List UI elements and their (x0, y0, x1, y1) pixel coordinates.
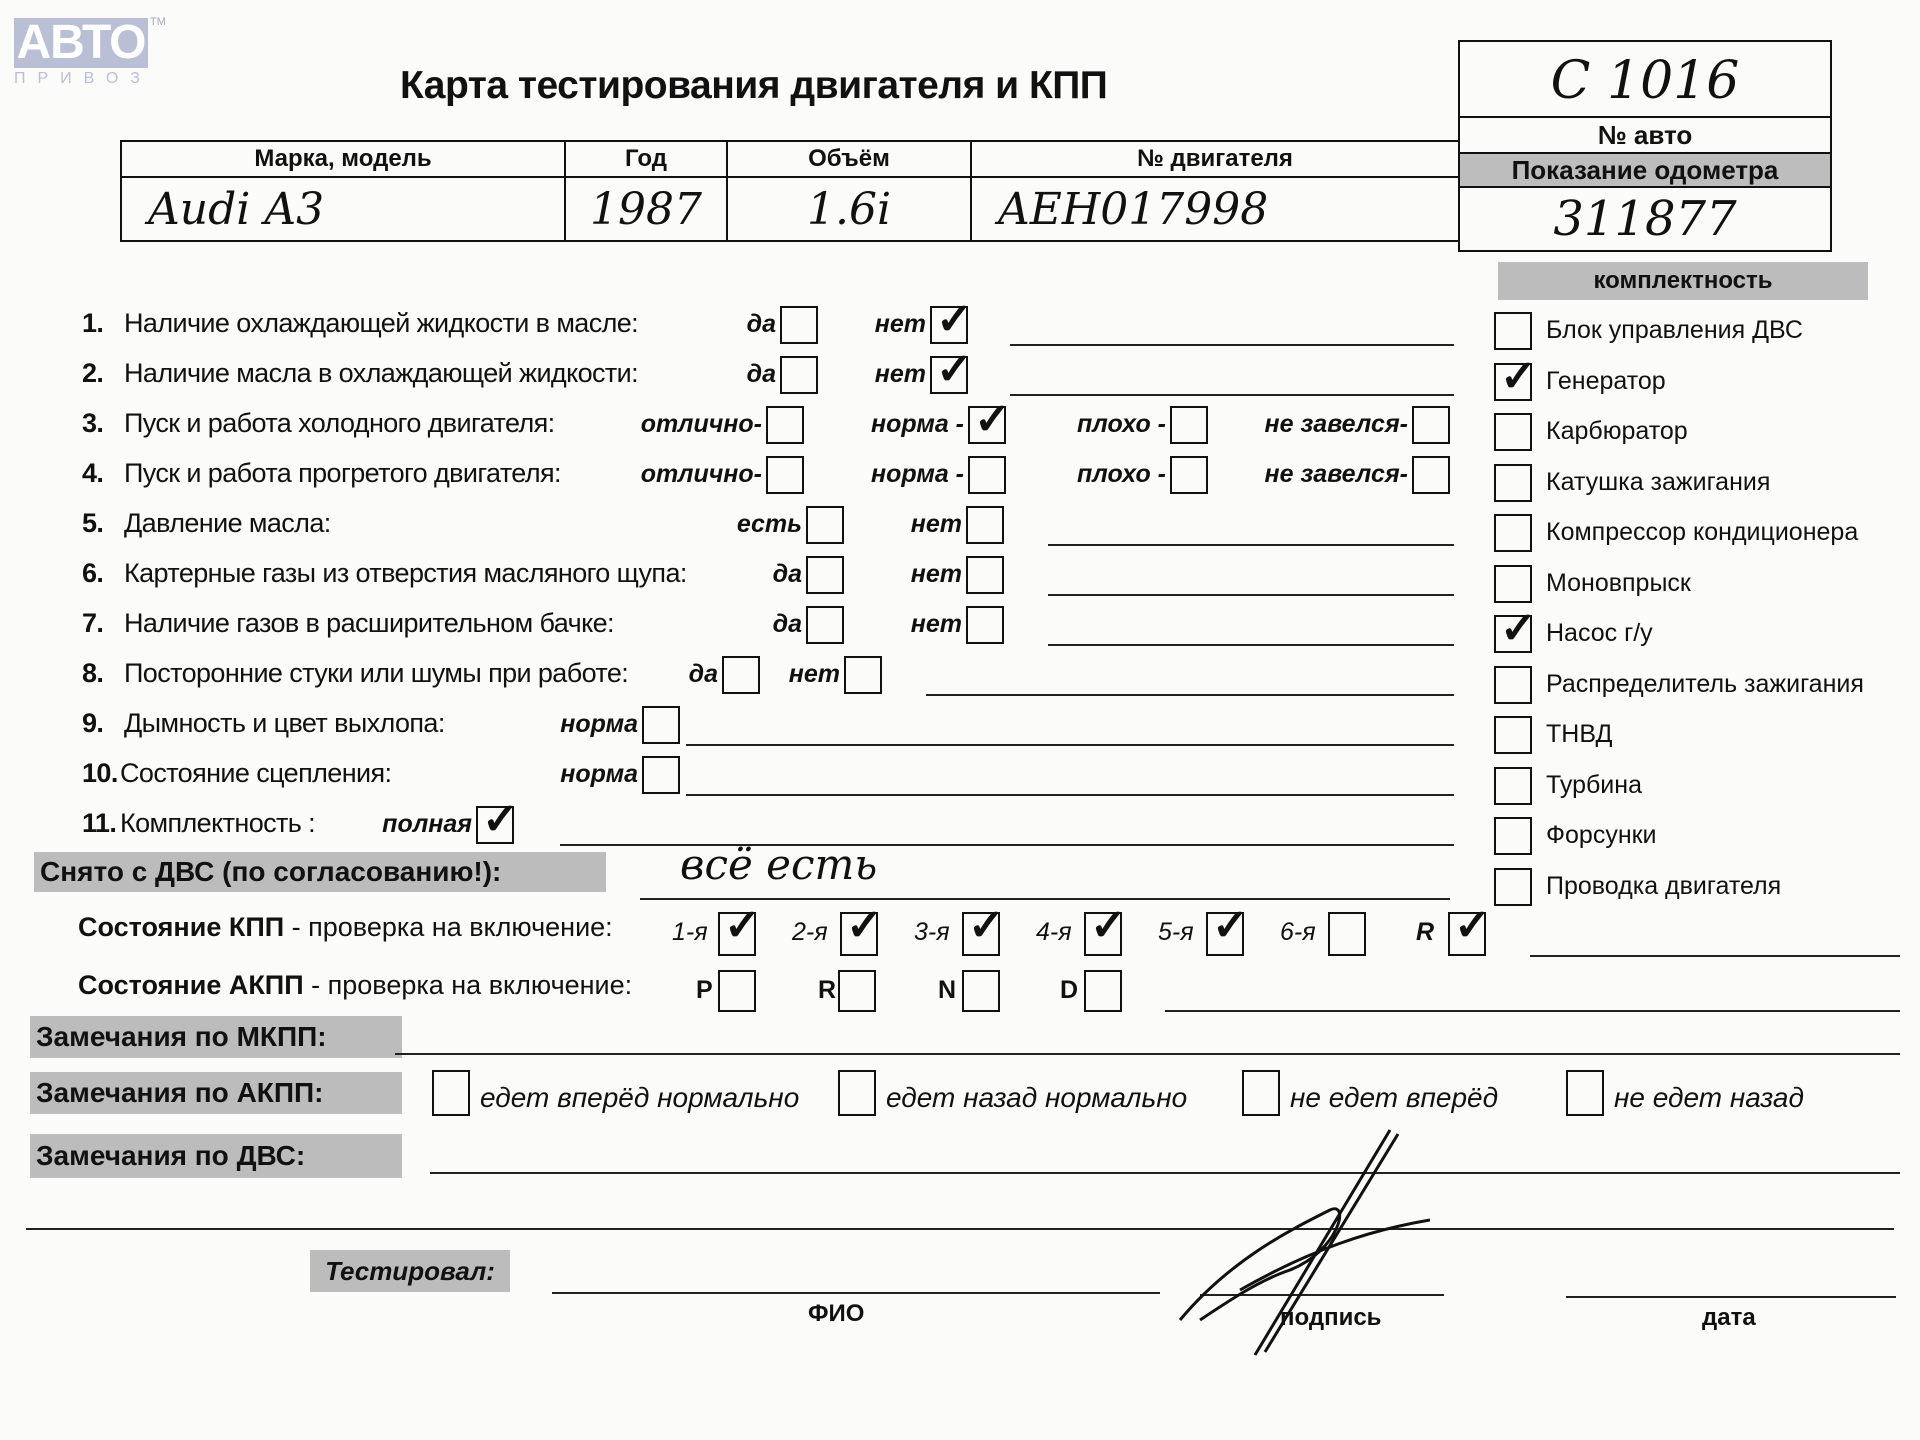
odometer-label: Показание одометра (1460, 154, 1830, 188)
gear-label: 6-я (1280, 918, 1316, 947)
komplektnost-item-label: Блок управления ДВС (1546, 316, 1803, 345)
removed-value[interactable]: всё есть (680, 840, 877, 889)
option-checkbox[interactable] (930, 306, 968, 344)
col-volume: Объём (727, 141, 971, 177)
option-label: норма - (862, 410, 964, 439)
gear-checkbox[interactable] (1328, 912, 1366, 956)
option-checkbox[interactable] (476, 806, 514, 844)
option-checkbox[interactable] (1412, 406, 1450, 444)
option-label: отлично- (636, 410, 762, 439)
option-checkbox[interactable] (806, 556, 844, 594)
option-label: нет (780, 660, 840, 689)
gear-checkbox[interactable] (1084, 912, 1122, 956)
akpp-remark-checkbox[interactable] (838, 1070, 876, 1116)
signature-scribble (1170, 1120, 1430, 1370)
fio-label: ФИО (808, 1300, 864, 1328)
removed-label: Снято с ДВС (по согласованию!): (34, 852, 606, 892)
akpp-position-checkbox[interactable] (838, 970, 876, 1012)
option-label: отлично- (636, 460, 762, 489)
option-label: есть (728, 510, 802, 539)
question-text: Пуск и работа холодного двигателя: (124, 408, 555, 439)
option-label: не завелся- (1260, 460, 1408, 489)
gear-label: 2-я (792, 918, 828, 947)
akpp-remark-label: едет вперёд нормально (480, 1082, 799, 1114)
komplektnost-item-label: Компрессор кондиционера (1546, 518, 1858, 547)
option-label: норма - (862, 460, 964, 489)
col-make-model: Марка, модель (121, 141, 565, 177)
komplektnost-item-label: Форсунки (1546, 821, 1657, 850)
option-checkbox[interactable] (1412, 456, 1450, 494)
gear-label: 1-я (672, 918, 708, 947)
akpp-remark-checkbox[interactable] (432, 1070, 470, 1116)
kpp-line (1530, 955, 1900, 957)
question-number: 11. (82, 808, 116, 839)
question-text: Дымность и цвет выхлопа: (124, 708, 445, 739)
komplektnost-checkbox[interactable] (1494, 666, 1532, 704)
remarks-mkpp-line[interactable] (395, 1053, 1900, 1055)
komplektnost-item-label: ТНВД (1546, 720, 1612, 749)
komplektnost-item-label: Моновпрыск (1546, 569, 1691, 598)
remarks-akpp-label: Замечания по АКПП: (30, 1072, 402, 1114)
komplektnost-item-label: Карбюратор (1546, 417, 1688, 446)
question-number: 8. (82, 658, 103, 689)
komplektnost-checkbox[interactable] (1494, 615, 1532, 653)
logo-trademark: TM (150, 16, 166, 28)
komplektnost-checkbox[interactable] (1494, 413, 1532, 451)
komplektnost-item-label: Катушка зажигания (1546, 468, 1770, 497)
option-checkbox[interactable] (806, 606, 844, 644)
option-checkbox[interactable] (930, 356, 968, 394)
option-checkbox[interactable] (722, 656, 760, 694)
option-label: плохо - (1072, 410, 1166, 439)
gear-label: 4-я (1036, 918, 1072, 947)
odometer-value[interactable]: 311877 (1460, 188, 1830, 250)
komplektnost-checkbox[interactable] (1494, 767, 1532, 805)
akpp-remark-checkbox[interactable] (1242, 1070, 1280, 1116)
komplektnost-item-label: Распределитель зажигания (1546, 670, 1864, 699)
option-label: да (764, 610, 802, 639)
option-label: нет (902, 610, 962, 639)
option-label: да (706, 310, 776, 339)
option-label: нет (864, 310, 926, 339)
akpp-position-label: D (1060, 976, 1078, 1005)
notes-line[interactable] (1048, 644, 1454, 646)
option-checkbox[interactable] (1170, 406, 1208, 444)
notes-line[interactable] (1010, 394, 1454, 396)
question-text: Давление масла: (124, 508, 331, 539)
notes-line[interactable] (1010, 344, 1454, 346)
col-year: Год (565, 141, 727, 177)
question-text: Картерные газы из отверстия масляного щу… (124, 558, 687, 589)
notes-line[interactable] (686, 794, 1454, 796)
engine-number-value[interactable]: AEH017998 (971, 177, 1459, 241)
remarks-dvs-label: Замечания по ДВС: (30, 1134, 402, 1178)
option-label: нет (902, 560, 962, 589)
akpp-position-label: P (696, 976, 713, 1005)
question-number: 2. (82, 358, 103, 389)
car-info-box: C 1016 № авто Показание одометра 311877 (1458, 40, 1832, 252)
komplektnost-item-label: Проводка двигателя (1546, 872, 1781, 901)
option-checkbox[interactable] (968, 406, 1006, 444)
akpp-label-rest: - проверка на включение: (304, 970, 633, 1000)
option-checkbox[interactable] (806, 506, 844, 544)
option-label: нет (864, 360, 926, 389)
remarks-dvs-line[interactable] (430, 1172, 1900, 1174)
year-value[interactable]: 1987 (565, 177, 727, 241)
col-engine-number: № двигателя (971, 141, 1459, 177)
akpp-position-checkbox[interactable] (962, 970, 1000, 1012)
question-text: Наличие газов в расширительном бачке: (124, 608, 614, 639)
option-checkbox[interactable] (844, 656, 882, 694)
akpp-position-label: R (818, 976, 836, 1005)
question-number: 6. (82, 558, 103, 589)
date-label: дата (1702, 1304, 1756, 1332)
kpp-label: Состояние КПП - проверка на включение: (78, 912, 613, 943)
gear-label: 3-я (914, 918, 950, 947)
question-number: 4. (82, 458, 103, 489)
question-number: 10. (82, 758, 118, 789)
option-checkbox[interactable] (1170, 456, 1208, 494)
akpp-remark-label: не едет вперёд (1290, 1082, 1498, 1114)
akpp-label-bold: Состояние АКПП (78, 970, 304, 1000)
option-label: нет (902, 510, 962, 539)
remarks-mkpp-label: Замечания по МКПП: (30, 1016, 402, 1058)
option-label: норма (552, 710, 638, 739)
option-label: норма (552, 760, 638, 789)
gear-checkbox[interactable] (1448, 912, 1486, 956)
question-text: Посторонние стуки или шумы при работе: (124, 658, 628, 689)
akpp-label: Состояние АКПП - проверка на включение: (78, 970, 632, 1001)
akpp-position-checkbox[interactable] (1084, 970, 1122, 1012)
gear-checkbox[interactable] (962, 912, 1000, 956)
question-number: 3. (82, 408, 103, 439)
volume-value[interactable]: 1.6i (727, 177, 971, 241)
komplektnost-checkbox[interactable] (1494, 514, 1532, 552)
option-checkbox[interactable] (966, 506, 1004, 544)
option-checkbox[interactable] (966, 606, 1004, 644)
question-text: Комплектность : (120, 808, 315, 839)
option-label: полная (378, 810, 472, 839)
option-checkbox[interactable] (968, 456, 1006, 494)
date-line[interactable] (1566, 1296, 1896, 1298)
question-text: Состояние сцепления: (120, 758, 391, 789)
gear-label: 5-я (1158, 918, 1194, 947)
notes-line[interactable] (1048, 544, 1454, 546)
option-checkbox[interactable] (780, 306, 818, 344)
question-number: 7. (82, 608, 103, 639)
notes-line[interactable] (926, 694, 1454, 696)
question-number: 1. (82, 308, 103, 339)
removed-line (640, 898, 1450, 900)
gear-checkbox[interactable] (1206, 912, 1244, 956)
kpp-label-rest: - проверка на включение: (284, 912, 613, 942)
option-checkbox[interactable] (642, 756, 680, 794)
question-text: Наличие охлаждающей жидкости в масле: (124, 308, 638, 339)
option-checkbox[interactable] (780, 356, 818, 394)
kpp-label-bold: Состояние КПП (78, 912, 284, 942)
komplektnost-checkbox[interactable] (1494, 363, 1532, 401)
akpp-remark-checkbox[interactable] (1566, 1070, 1604, 1116)
page-title: Карта тестирования двигателя и КПП (400, 64, 1107, 108)
komplektnost-checkbox[interactable] (1494, 868, 1532, 906)
komplektnost-checkbox[interactable] (1494, 565, 1532, 603)
car-number-label: № авто (1460, 118, 1830, 154)
gear-checkbox[interactable] (718, 912, 756, 956)
option-label: да (764, 560, 802, 589)
fio-line[interactable] (552, 1292, 1160, 1294)
akpp-remark-label: едет назад нормально (886, 1082, 1187, 1114)
komplektnost-checkbox[interactable] (1494, 716, 1532, 754)
komplektnost-checkbox[interactable] (1494, 464, 1532, 502)
komplektnost-item-label: Турбина (1546, 771, 1642, 800)
tested-by-label: Тестировал: (310, 1250, 510, 1292)
logo-subtitle: ПРИВОЗ (14, 70, 154, 88)
gear-checkbox[interactable] (840, 912, 878, 956)
akpp-remark-label: не едет назад (1614, 1082, 1804, 1114)
akpp-position-checkbox[interactable] (718, 970, 756, 1012)
notes-line[interactable] (1048, 594, 1454, 596)
komplektnost-checkbox[interactable] (1494, 817, 1532, 855)
option-checkbox[interactable] (766, 456, 804, 494)
option-label: да (706, 360, 776, 389)
option-checkbox[interactable] (642, 706, 680, 744)
gear-label: R (1416, 918, 1434, 947)
option-label: не завелся- (1260, 410, 1408, 439)
question-number: 9. (82, 708, 103, 739)
komplektnost-item-label: Генератор (1546, 367, 1666, 396)
akpp-line (1165, 1010, 1900, 1012)
car-number-value[interactable]: C 1016 (1460, 42, 1830, 118)
komplektnost-checkbox[interactable] (1494, 312, 1532, 350)
remarks-dvs-line-2[interactable] (26, 1228, 1894, 1230)
make-model-value[interactable]: Audi A3 (121, 177, 565, 241)
komplektnost-item-label: Насос г/у (1546, 619, 1653, 648)
akpp-position-label: N (938, 976, 956, 1005)
komplektnost-header: комплектность (1498, 262, 1868, 300)
question-text: Пуск и работа прогретого двигателя: (124, 458, 561, 489)
vehicle-info-table: Марка, модель Год Объём № двигателя Audi… (120, 140, 1460, 242)
option-checkbox[interactable] (766, 406, 804, 444)
question-text: Наличие масла в охлаждающей жидкости: (124, 358, 638, 389)
option-label: плохо - (1072, 460, 1166, 489)
question-number: 5. (82, 508, 103, 539)
avto-privoz-logo: АВТО (14, 18, 148, 68)
option-checkbox[interactable] (966, 556, 1004, 594)
option-label: да (682, 660, 718, 689)
notes-line[interactable] (686, 744, 1454, 746)
